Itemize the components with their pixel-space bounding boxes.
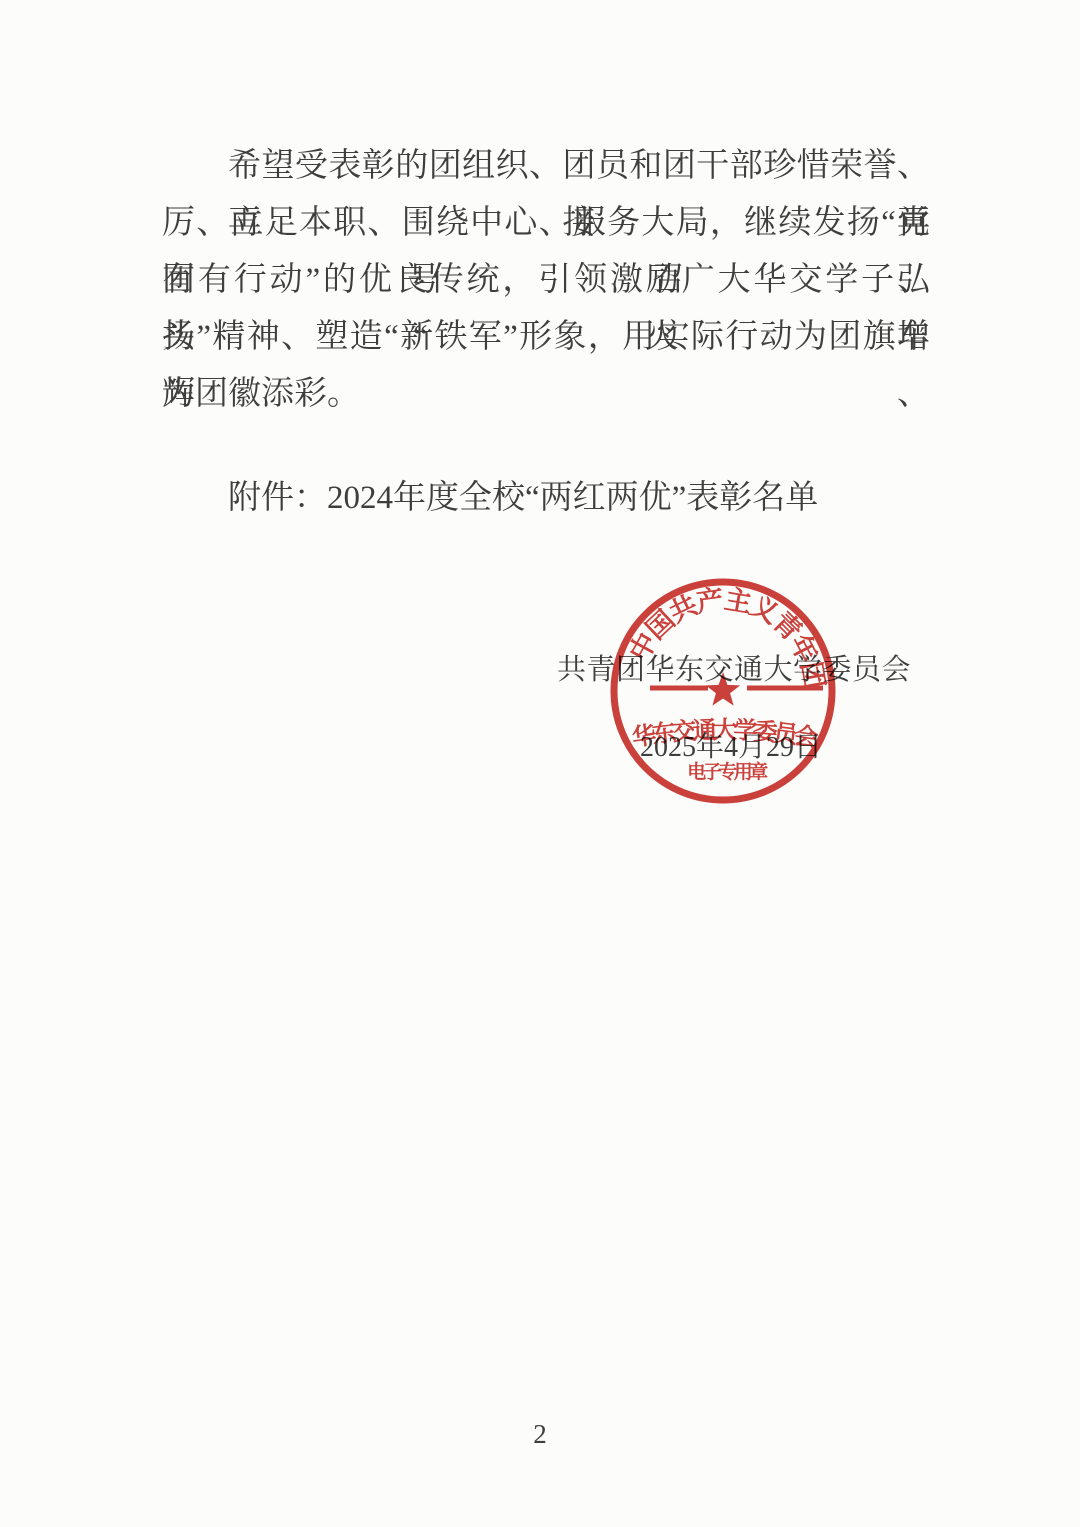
star-icon — [706, 672, 740, 706]
seal-electronic-label: 电子专用章 — [687, 760, 768, 783]
page-number: 2 — [0, 1414, 1080, 1454]
document-page: 希望受表彰的团组织、团员和团干部珍惜荣誉、再接再 厉、立足本职、围绕中心、服务大… — [0, 0, 1080, 1527]
attachment-line: 附件：2024年度全校“两红两优”表彰名单 — [162, 470, 930, 527]
paragraph-line-2: 厉、立足本职、围绕中心、服务大局，继续发扬“党有号召、 — [162, 195, 930, 252]
paragraph-line-4: 头”精神、塑造“新铁军”形象，用实际行动为团旗增辉、 — [162, 309, 930, 366]
paragraph-line-1: 希望受表彰的团组织、团员和团干部珍惜荣誉、再接再 — [162, 138, 930, 195]
paragraph-line-3: 团有行动”的优良传统，引领激励广大华交学子弘扬“火车 — [162, 252, 930, 309]
seal-ring-text: 中国共产主义青年团 — [624, 583, 830, 691]
notice-paragraph: 希望受表彰的团组织、团员和团干部珍惜荣誉、再接再 厉、立足本职、围绕中心、服务大… — [162, 138, 930, 423]
seal-ring-char: 产 — [694, 583, 725, 617]
seal-committee-text: 华东交通大学委员会 — [630, 717, 820, 753]
official-seal: 中国共产主义青年团 华东交通大学委员会 电子专用章 — [603, 571, 843, 811]
